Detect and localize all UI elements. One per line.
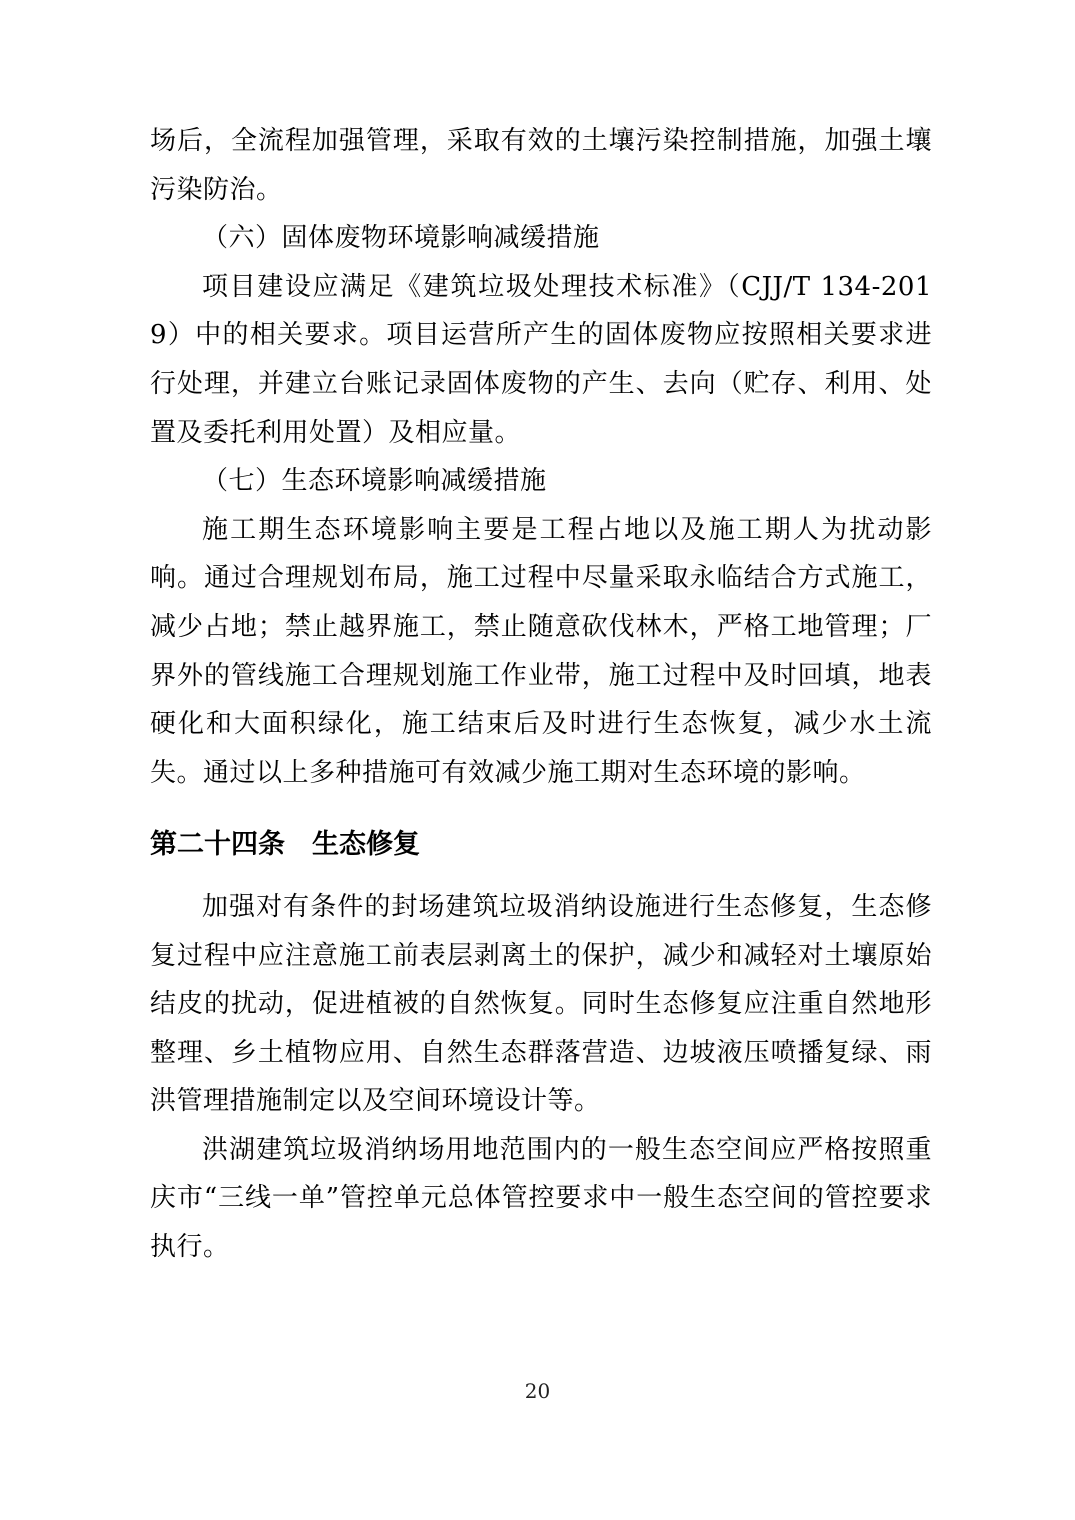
paragraph-construction-ecological-impact: 施工期生态环境影响主要是工程占地以及施工期人为扰动影响。通过合理规划布局，施工过… xyxy=(150,506,932,798)
document-body: 场后，全流程加强管理，采取有效的土壤污染控制措施，加强土壤污染防治。 （六）固体… xyxy=(150,117,932,1272)
paragraph-solid-waste-requirements: 项目建设应满足《建筑垃圾处理技术标准》（CJJ/T 134-2019）中的相关要… xyxy=(150,263,932,457)
subheading-solid-waste-mitigation: （六）固体废物环境影响减缓措施 xyxy=(150,214,932,263)
paragraph-soil-pollution-continuation: 场后，全流程加强管理，采取有效的土壤污染控制措施，加强土壤污染防治。 xyxy=(150,117,932,214)
page-number: 20 xyxy=(0,1378,1075,1404)
article-24-heading: 第二十四条 生态修复 xyxy=(150,821,932,870)
paragraph-honghu-ecological-space: 洪湖建筑垃圾消纳场用地范围内的一般生态空间应严格按照重庆市“三线一单”管控单元总… xyxy=(150,1126,932,1272)
paragraph-ecological-restoration: 加强对有条件的封场建筑垃圾消纳设施进行生态修复，生态修复过程中应注意施工前表层剥… xyxy=(150,883,932,1126)
document-page: 场后，全流程加强管理，采取有效的土壤污染控制措施，加强土壤污染防治。 （六）固体… xyxy=(0,0,1075,1520)
subheading-ecological-mitigation: （七）生态环境影响减缓措施 xyxy=(150,457,932,506)
